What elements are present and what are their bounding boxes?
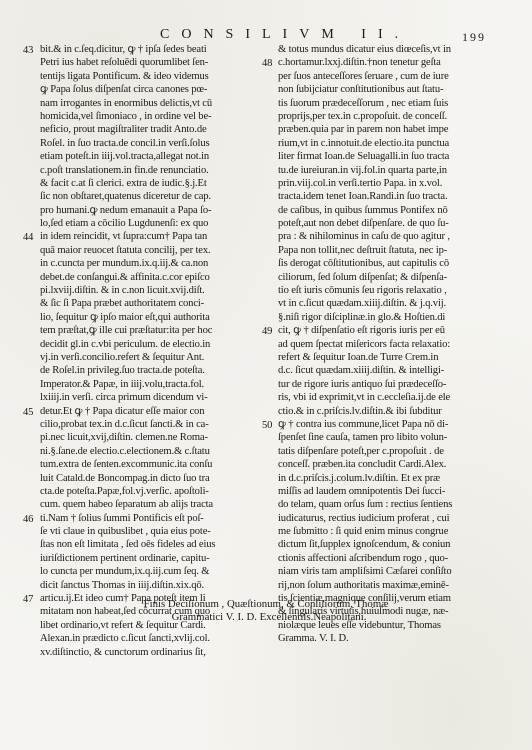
line-text: decidit gl.in c.vbi periculum. de electi… xyxy=(40,339,210,350)
line-text: tum.extra de ſenten.excommunic.ita conſu xyxy=(40,459,212,470)
text-line: tum.extra de ſenten.excommunic.ita conſu xyxy=(40,458,266,471)
text-line: 49cit, ꝙ † diſpenſatio eſt rigoris iuris… xyxy=(278,324,500,337)
line-text: refert & ſequitur Ioan.de Turre Crem.in xyxy=(278,352,438,363)
line-text: tatis diſpenſare poteſt,per c.propoſuit … xyxy=(278,446,444,457)
line-text: per ſuos anteceſſores ſeruare , cum de i… xyxy=(278,71,449,82)
line-text: in c.cuncta per mundum.ix.q.iij.& ca.non xyxy=(40,258,208,269)
text-line: miſſis ad laudem omnipotentis Dei ſucci- xyxy=(278,485,500,498)
margin-number: 44 xyxy=(23,231,33,244)
text-line: ciliorum, ſed ſolum diſpenſat; & diſpenſ… xyxy=(278,271,500,284)
text-line: ctionis affectioni aſcribendum rogo , qu… xyxy=(278,552,500,565)
text-line: rij,non ſolum authoritatis maximæ,eminē- xyxy=(278,579,500,592)
text-line: ſic non obſtaret,quatenus diceretur de c… xyxy=(40,190,266,203)
line-text: ꝙ Papa ſolus diſpenſat circa canones pœ- xyxy=(40,84,207,95)
text-line: 43bit.& in c.ſeq.dicitur, ꝙ † ipſa ſedes… xyxy=(40,43,266,56)
margin-number: 45 xyxy=(23,406,33,419)
line-text: homicida,vel ſimoniaco , in ordine vel b… xyxy=(40,111,211,122)
text-line: rium,vt in c.innotuit.de electio.ita pun… xyxy=(278,137,500,150)
line-text: Roſel. in ſuo tracta.de concil.in verſi.… xyxy=(40,138,209,149)
text-line: neficio, prout magiſtraliter tradit Anto… xyxy=(40,123,266,136)
text-line: 50ꝙ † contra ius commune,licet Papa nō d… xyxy=(278,418,500,431)
text-line: Gramma. V. I. D. xyxy=(278,632,500,645)
text-line: 46ti.Nam † ſolius ſummi Pontificis eſt p… xyxy=(40,512,266,525)
text-line: lxiiij.in verſi. circa primum dicendum v… xyxy=(40,391,266,404)
text-line: debet.de conſangui.& affinita.c.cor epiſ… xyxy=(40,271,266,284)
text-line: ſe vti claue in quibuslibet , quia eius … xyxy=(40,525,266,538)
line-text: Gramma. V. I. D. xyxy=(278,633,348,644)
text-line: vj.in verſi.concilio.refert & ſequitur A… xyxy=(40,351,266,364)
line-text: cilio,probat tex.in d.c.ſicut ſancti.& i… xyxy=(40,419,209,430)
line-text: prin.viij.col.in verſi.tertio Papa. in x… xyxy=(278,178,442,189)
line-text: & totus mundus dicatur eius diœceſis,vt … xyxy=(278,44,451,55)
text-line: in c.cuncta per mundum.ix.q.iij.& ca.non xyxy=(40,257,266,270)
text-line: xv.diſtinctio, & cunctorum ordinarius ſi… xyxy=(40,646,266,659)
text-line: ctio.& in c.priſcis.lv.diſtin.& ibi ſubd… xyxy=(278,405,500,418)
text-line: ris, vbi id exprimit,vt in c.eccleſia.ij… xyxy=(278,391,500,404)
text-line: lio, ſequitur ꝙ ipſo maior eſt,qui autho… xyxy=(40,311,266,324)
line-text: §.niſi rigor diſciplinæ.in glo.& Hoſtien… xyxy=(278,312,445,323)
text-line: cta.de poteſta.Papæ,fol.vj.verſic. apoſt… xyxy=(40,485,266,498)
line-text: tur de rigore iuris antiquo ſui prædeceſ… xyxy=(278,379,446,390)
line-text: cta.de poteſta.Papæ,fol.vj.verſic. apoſt… xyxy=(40,486,209,497)
text-line: etiam poteſt.in iiij.vol.tracta,allegat … xyxy=(40,150,266,163)
text-line: tu.de iureiuran.in vij.fol.in quarta par… xyxy=(278,164,500,177)
text-line: tur de rigore iuris antiquo ſui prædeceſ… xyxy=(278,378,500,391)
text-line: homicida,vel ſimoniaco , in ordine vel b… xyxy=(40,110,266,123)
margin-number: 43 xyxy=(23,44,33,57)
running-title: CONSILIVM II. xyxy=(160,27,460,43)
line-text: de Roſel.in privileg.ſuo tracta.de poteſ… xyxy=(40,365,205,376)
text-line: quā maior reuocet ſtatuta concilij, per … xyxy=(40,244,266,257)
text-line: Alexan.in prædicto c.ſicut ſancti,xvlij.… xyxy=(40,632,266,645)
text-line: proprijs,per tex.in c.propoſuit. de conc… xyxy=(278,110,500,123)
text-line: nam irrogantes in enormibus delictis,vt … xyxy=(40,97,266,110)
line-text: proprijs,per tex.in c.propoſuit. de conc… xyxy=(278,111,447,122)
colophon-line-1: Finis Deciſionum , Quæſtionum, & Conſili… xyxy=(0,598,532,611)
line-text: miſſis ad laudem omnipotentis Dei ſucci- xyxy=(278,486,445,497)
text-line: Roſel. in ſuo tracta.de concil.in verſi.… xyxy=(40,137,266,150)
line-text: tentijs ligata Pontificum. & ideo videmu… xyxy=(40,71,209,82)
line-text: non ſubijciatur conſtitutionibus aut ſta… xyxy=(278,84,443,95)
line-text: pro humani.ꝙ nedum emanauit a Papa ſo- xyxy=(40,205,211,216)
text-line: lo cuncta per mundum,ix.q.iij.cum ſeq. & xyxy=(40,565,266,578)
text-line: & totus mundus dicatur eius diœceſis,vt … xyxy=(278,43,500,56)
line-text: ſtas non eſt limitata , ſed oēs fideles … xyxy=(40,539,215,550)
line-text: tu.de iureiuran.in vij.fol.in quarta par… xyxy=(278,165,447,176)
line-text: d.c. ſicut quædam.xiiij.diſtin. & intell… xyxy=(278,365,444,376)
text-line: pi.lxviij.diſtin. & in c.non licuit.xvij… xyxy=(40,284,266,297)
text-line: dictum ſit,ſupplex ignoſcendum, & coniun xyxy=(278,538,500,551)
text-line: non ſubijciatur conſtitutionibus aut ſta… xyxy=(278,83,500,96)
line-text: lxiiij.in verſi. circa primum dicendum v… xyxy=(40,392,208,403)
text-line: & ſic ſi Papa præbet authoritatem conci- xyxy=(40,297,266,310)
text-line: ꝙ Papa ſolus diſpenſat circa canones pœ- xyxy=(40,83,266,96)
line-text: c.poſt translationem.in fin.de renunciat… xyxy=(40,165,209,176)
line-text: in d.c.priſcis.j.colum.lv.diſtin. Et ex … xyxy=(278,473,440,484)
text-line: ſpenſet ſine cauſa, tamen pro libito vol… xyxy=(278,431,500,444)
line-text: vj.in verſi.concilio.refert & ſequitur A… xyxy=(40,352,204,363)
text-line: & facit c.at ſi clerici. extra de iudic.… xyxy=(40,177,266,190)
text-line: decidit gl.in c.vbi periculum. de electi… xyxy=(40,338,266,351)
line-text: poteſt,aut non debet diſpenſare. de quo … xyxy=(278,218,449,229)
text-line: d.c. ſicut quædam.xiiij.diſtin. & intell… xyxy=(278,364,500,377)
line-text: me ſubmitto : ſi quid enim minus congrue xyxy=(278,526,448,537)
text-line: tio eſt iuris cōmunis ſeu rigoris relaxa… xyxy=(278,284,500,297)
line-text: ſe vti claue in quibuslibet , quia eius … xyxy=(40,526,211,537)
line-text: luit Catald.de Boncompag.in dicto ſuo tr… xyxy=(40,473,210,484)
line-text: lo cuncta per mundum,ix.q.iij.cum ſeq. & xyxy=(40,566,209,577)
text-line: Papa non tollit,nec deſtruit ſtatuta, ne… xyxy=(278,244,500,257)
text-line: refert & ſequitur Ioan.de Turre Crem.in xyxy=(278,351,500,364)
text-line: ad quem ſpectat miſericors facta relaxat… xyxy=(278,338,500,351)
line-text: tracta.idem tenet Ioan.Randi.in ſuo trac… xyxy=(278,191,447,202)
line-text: Papa non tollit,nec deſtruit ſtatuta, ne… xyxy=(278,245,447,256)
line-text: niam viris tam ampliſsimi Cæſarei conſiſ… xyxy=(278,566,451,577)
text-line: luit Catald.de Boncompag.in dicto ſuo tr… xyxy=(40,472,266,485)
text-line: pra : & nihilominus in caſu de quo agitu… xyxy=(278,230,500,243)
line-text: liter firmat Ioan.de Seluagalli.in ſuo t… xyxy=(278,151,449,162)
text-line: ſis derogat cōſtitutionibus, aut capitul… xyxy=(278,257,500,270)
text-line: pro humani.ꝙ nedum emanauit a Papa ſo- xyxy=(40,204,266,217)
line-text: tem præſtat,ꝙ ille cui præſtatur:ita per… xyxy=(40,325,212,336)
line-text: debet.de conſangui.& affinita.c.cor epiſ… xyxy=(40,272,210,283)
text-line: de caſibus, in quibus ſummus Pontifex nō xyxy=(278,204,500,217)
line-text: detur.Et ꝙ † Papa dicatur eſſe maior con xyxy=(40,406,204,417)
line-text: pi.lxviij.diſtin. & in c.non licuit.xvij… xyxy=(40,285,205,296)
line-text: tio eſt iuris cōmunis ſeu rigoris relaxa… xyxy=(278,285,447,296)
text-line: lo,ſed etiam a cōcilio Lugdunenſi: ex qu… xyxy=(40,217,266,230)
text-line: §.niſi rigor diſciplinæ.in glo.& Hoſtien… xyxy=(278,311,500,324)
text-line: tatis diſpenſare poteſt,per c.propoſuit … xyxy=(278,445,500,458)
line-text: rij,non ſolum authoritatis maximæ,eminē- xyxy=(278,580,449,591)
text-line: pi.nec licuit,xvij,diſtin. clemen.ne Rom… xyxy=(40,431,266,444)
line-text: ctio.& in c.priſcis.lv.diſtin.& ibi ſubd… xyxy=(278,406,442,417)
text-line: iuriſdictionem pertinent ordinarie, capi… xyxy=(40,552,266,565)
line-text: lio, ſequitur ꝙ ipſo maior eſt,qui autho… xyxy=(40,312,210,323)
line-text: nam irrogantes in enormibus delictis,vt … xyxy=(40,98,212,109)
text-line: tis ſuorum prædeceſſorum , nec etiam ſui… xyxy=(278,97,500,110)
line-text: & ſic ſi Papa præbet authoritatem conci- xyxy=(40,298,204,309)
text-line: de Roſel.in privileg.ſuo tracta.de poteſ… xyxy=(40,364,266,377)
text-line: ni.§.ſane.de electio.c.electionem.& c.ſt… xyxy=(40,445,266,458)
line-text: præben.quia par in parem non habet impe xyxy=(278,124,448,135)
text-line: niam viris tam ampliſsimi Cæſarei conſiſ… xyxy=(278,565,500,578)
line-text: ctionis affectioni aſcribendum rogo , qu… xyxy=(278,553,448,564)
text-line: præben.quia par in parem non habet impe xyxy=(278,123,500,136)
margin-number: 50 xyxy=(262,419,272,432)
colophon: Finis Deciſionum , Quæſtionum, & Conſili… xyxy=(0,598,532,624)
text-line: tracta.idem tenet Ioan.Randi.in ſuo trac… xyxy=(278,190,500,203)
line-text: Imperator.& Papæ, in iiij.volu,tracta.fo… xyxy=(40,379,204,390)
line-text: pi.nec licuit,xvij,diſtin. clemen.ne Rom… xyxy=(40,432,208,443)
line-text: c.hortamur.lxxj.diſtin.†non tenetur geſt… xyxy=(278,57,441,68)
line-text: iuriſdictionem pertinent ordinarie, capi… xyxy=(40,553,209,564)
text-line: liter firmat Ioan.de Seluagalli.in ſuo t… xyxy=(278,150,500,163)
line-text: ſpenſet ſine cauſa, tamen pro libito vol… xyxy=(278,432,447,443)
text-line: Imperator.& Papæ, in iiij.volu,tracta.fo… xyxy=(40,378,266,391)
text-line: me ſubmitto : ſi quid enim minus congrue xyxy=(278,525,500,538)
line-text: cit, ꝙ † diſpenſatio eſt rigoris iuris p… xyxy=(278,325,445,336)
text-line: do telam, quam orſus ſum : rectius ſenti… xyxy=(278,498,500,511)
text-line: c.poſt translationem.in fin.de renunciat… xyxy=(40,164,266,177)
margin-number: 49 xyxy=(262,325,272,338)
line-text: xv.diſtinctio, & cunctorum ordinarius ſi… xyxy=(40,647,206,658)
margin-number: 46 xyxy=(23,513,33,526)
line-text: cum. quem habeo ſeparatum ab alijs tract… xyxy=(40,499,213,510)
line-text: tis ſuorum prædeceſſorum , nec etiam ſui… xyxy=(278,98,448,109)
line-text: ſic non obſtaret,quatenus diceretur de c… xyxy=(40,191,211,202)
line-text: rium,vt in c.innotuit.de electio.ita pun… xyxy=(278,138,449,149)
line-text: etiam poteſt.in iiij.vol.tracta,allegat … xyxy=(40,151,209,162)
line-text: pra : & nihilominus in caſu de quo agitu… xyxy=(278,231,450,242)
line-text: dicit ſanctus Thomas in iiij.diſtin.xix.… xyxy=(40,580,204,591)
line-text: de caſibus, in quibus ſummus Pontifex nō xyxy=(278,205,448,216)
line-text: quā maior reuocet ſtatuta concilij, per … xyxy=(40,245,210,256)
text-line: poteſt,aut non debet diſpenſare. de quo … xyxy=(278,217,500,230)
line-text: ris, vbi id exprimit,vt in c.eccleſia.ij… xyxy=(278,392,450,403)
text-line: in d.c.priſcis.j.colum.lv.diſtin. Et ex … xyxy=(278,472,500,485)
text-line: 48c.hortamur.lxxj.diſtin.†non tenetur ge… xyxy=(278,56,500,69)
line-text: conceſſ. præben.ita concludit Cardi.Alex… xyxy=(278,459,446,470)
right-column: & totus mundus dicatur eius diœceſis,vt … xyxy=(278,43,500,646)
line-text: Alexan.in prædicto c.ſicut ſancti,xvlij.… xyxy=(40,633,210,644)
line-text: do telam, quam orſus ſum : rectius ſenti… xyxy=(278,499,452,510)
margin-number: 48 xyxy=(262,57,272,70)
line-text: Petri ius habet reſoluēdi quorumlibet ſe… xyxy=(40,57,208,68)
line-text: & facit c.at ſi clerici. extra de iudic.… xyxy=(40,178,207,189)
line-text: ciliorum, ſed ſolum diſpenſat; & diſpenſ… xyxy=(278,272,447,283)
left-column: 43bit.& in c.ſeq.dicitur, ꝙ † ipſa ſedes… xyxy=(40,43,266,659)
colophon-line-2: Grammatici V. I. D. Excellentiſs.Neapoli… xyxy=(0,611,532,624)
text-line: Petri ius habet reſoluēdi quorumlibet ſe… xyxy=(40,56,266,69)
text-line: vt in c.ſicut quædam.xiiij.diſtin. & j.q… xyxy=(278,297,500,310)
line-text: iudicaturus, rectius iudicium proferat ,… xyxy=(278,513,449,524)
line-text: ti.Nam † ſolius ſummi Pontificis eſt poſ… xyxy=(40,513,204,524)
line-text: neficio, prout magiſtraliter tradit Anto… xyxy=(40,124,207,135)
text-line: prin.viij.col.in verſi.tertio Papa. in x… xyxy=(278,177,500,190)
line-text: ſis derogat cōſtitutionibus, aut capitul… xyxy=(278,258,449,269)
text-line: cum. quem habeo ſeparatum ab alijs tract… xyxy=(40,498,266,511)
text-line: per ſuos anteceſſores ſeruare , cum de i… xyxy=(278,70,500,83)
text-line: tem præſtat,ꝙ ille cui præſtatur:ita per… xyxy=(40,324,266,337)
text-line: cilio,probat tex.in d.c.ſicut ſancti.& i… xyxy=(40,418,266,431)
line-text: dictum ſit,ſupplex ignoſcendum, & coniun xyxy=(278,539,450,550)
line-text: ad quem ſpectat miſericors facta relaxat… xyxy=(278,339,450,350)
text-line: 44in idem reincidit, vt ſupra:cum† Papa … xyxy=(40,230,266,243)
text-line: dicit ſanctus Thomas in iiij.diſtin.xix.… xyxy=(40,579,266,592)
text-line: tentijs ligata Pontificum. & ideo videmu… xyxy=(40,70,266,83)
text-line: iudicaturus, rectius iudicium proferat ,… xyxy=(278,512,500,525)
line-text: bit.& in c.ſeq.dicitur, ꝙ † ipſa ſedes b… xyxy=(40,44,207,55)
line-text: ꝙ † contra ius commune,licet Papa nō di- xyxy=(278,419,448,430)
line-text: lo,ſed etiam a cōcilio Lugdunenſi: ex qu… xyxy=(40,218,208,229)
line-text: in idem reincidit, vt ſupra:cum† Papa ta… xyxy=(40,231,207,242)
text-line: 45detur.Et ꝙ † Papa dicatur eſſe maior c… xyxy=(40,405,266,418)
line-text: vt in c.ſicut quædam.xiiij.diſtin. & j.q… xyxy=(278,298,446,309)
text-line: conceſſ. præben.ita concludit Cardi.Alex… xyxy=(278,458,500,471)
text-line: ſtas non eſt limitata , ſed oēs fideles … xyxy=(40,538,266,551)
line-text: ni.§.ſane.de electio.c.electionem.& c.ſt… xyxy=(40,446,210,457)
